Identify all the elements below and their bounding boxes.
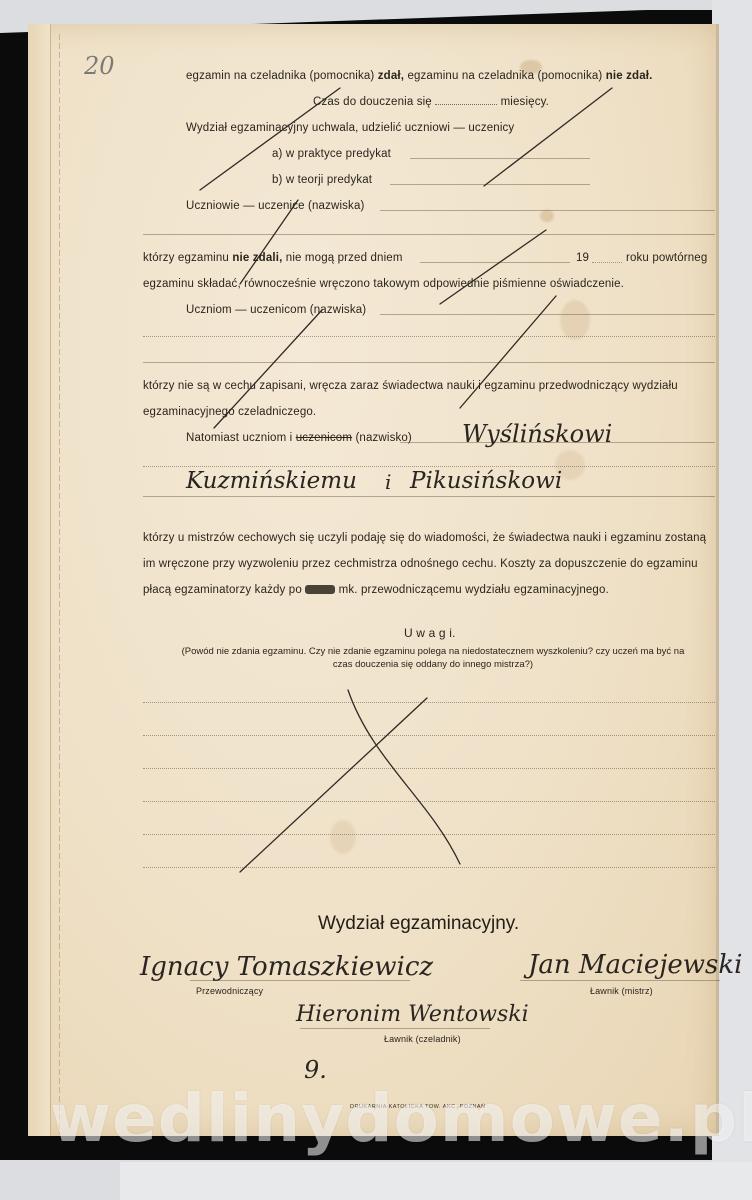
page-fold [28,24,51,1136]
master-label: Ławnik (mistrz) [590,986,653,996]
fees-line: płacą egzaminatorzy każdy po mk. przewod… [143,584,609,596]
year-field [592,262,622,263]
surname-field-2 [143,466,715,467]
master-signature-line [520,980,720,981]
passed-bold: zdał, [378,70,404,82]
remarks-line [143,801,715,802]
theory-grade-label: b) w teorji predykat [272,174,372,186]
names-field-3 [143,362,715,363]
masters-line-1: którzy u mistrzów cechowych się uczyli p… [143,532,706,544]
remarks-note-line-2: czas douczenia się oddany do innego mist… [143,658,723,671]
chair-signature-line [190,980,410,981]
year-prefix: 19 [576,252,589,264]
passed-label: egzamin na czeladnika (pomocnika) [186,70,374,82]
stain [540,210,554,222]
journeyman-signature-line [300,1028,490,1029]
remarks-line [143,768,715,769]
text: którzy egzaminu [143,252,229,264]
remarks-line [143,702,715,703]
page-number-pencil: 20 [84,52,115,80]
text: Natomiast uczniom i [186,432,292,444]
months-label: miesięcy. [501,96,549,108]
failed-bold: nie zdali, [232,252,282,264]
committee-line: egzaminacyjnego czeladniczego. [143,406,316,418]
journeyman-label: Ławnik (czeladnik) [384,1034,461,1044]
margin-line [59,34,60,1134]
apprentices-names-label-2: Uczniom — uczenicom (nazwiska) [186,304,366,316]
names-field [380,314,715,315]
remarks-line [143,834,715,835]
masters-line-2: im wręczone przy wyzwoleniu przez cechmi… [143,558,698,570]
names-field-2 [143,336,715,337]
remarks-title: U w a g i. [404,626,456,640]
stain [330,820,356,854]
handwritten-name-2: Kuzmińskiemu [186,468,357,494]
handwritten-conj: i [385,470,391,494]
apprentices-names-label: Uczniowie — uczenice (nazwiska) [186,200,365,212]
failed-bold: nie zdał. [606,70,653,82]
watermark: wedlinydomowe.pl [50,1080,710,1157]
journeyman-signature: Hieronim Wentowski [296,1002,529,1027]
retake-year-label: roku powtórneg [626,252,707,264]
practice-grade-label: a) w praktyce predykat [272,148,391,160]
apprentices-names-field [380,210,715,211]
chair-signature: Ignacy Tomaszkiewicz [140,952,433,982]
remarks-note-line-1: (Powód nie zdania egzaminu. Czy nie zdan… [143,645,723,658]
chair-label: Przewodniczący [196,986,263,996]
retake-date-field [420,262,570,263]
text: mk. przewodniczącemu wydziału egzaminacy… [339,584,609,596]
handwritten-name-3: Pikusińskowi [410,468,562,494]
failed-label: egzaminu na czeladnika (pomocnika) [407,70,602,82]
failed-retake-line: którzy egzaminu nie zdali, nie mogą prze… [143,252,403,264]
not-registered-line: którzy nie są w cechu zapisani, wręcza z… [143,380,678,392]
handwritten-name-1: Wyślińskowi [462,420,612,448]
master-signature: Jan Maciejewski [528,950,742,980]
apprentices-names-field-2 [143,234,715,235]
remarks-line [143,867,715,868]
scribbled-amount [305,585,335,594]
written-statement-line: egzaminu składać, równocześnie wręczono … [143,278,624,290]
exam-result-line: egzamin na czeladnika (pomocnika) zdał, … [186,70,652,82]
however-line: Natomiast uczniom i uczenicom (nazwisko) [186,432,412,444]
struck-text: uczenicom [296,432,352,444]
committee-title: Wydział egzaminacyjny. [318,913,519,935]
committee-resolution-line: Wydział egzaminacyjny uchwala, udzielić … [186,122,514,134]
remarks-line [143,735,715,736]
theory-grade-field [390,184,590,185]
text: nie mogą przed dniem [286,252,403,264]
scanner-background-bottom [120,1162,752,1200]
remarks-note: (Powód nie zdania egzaminu. Czy nie zdan… [143,645,723,671]
retraining-time-line: Czas do douczenia się miesięcy. [313,96,549,108]
stain [560,300,590,340]
retraining-label: Czas do douczenia się [313,96,432,108]
surname-field-3 [143,496,715,497]
text: płacą egzaminatorzy każdy po [143,584,302,596]
practice-grade-field [410,158,590,159]
